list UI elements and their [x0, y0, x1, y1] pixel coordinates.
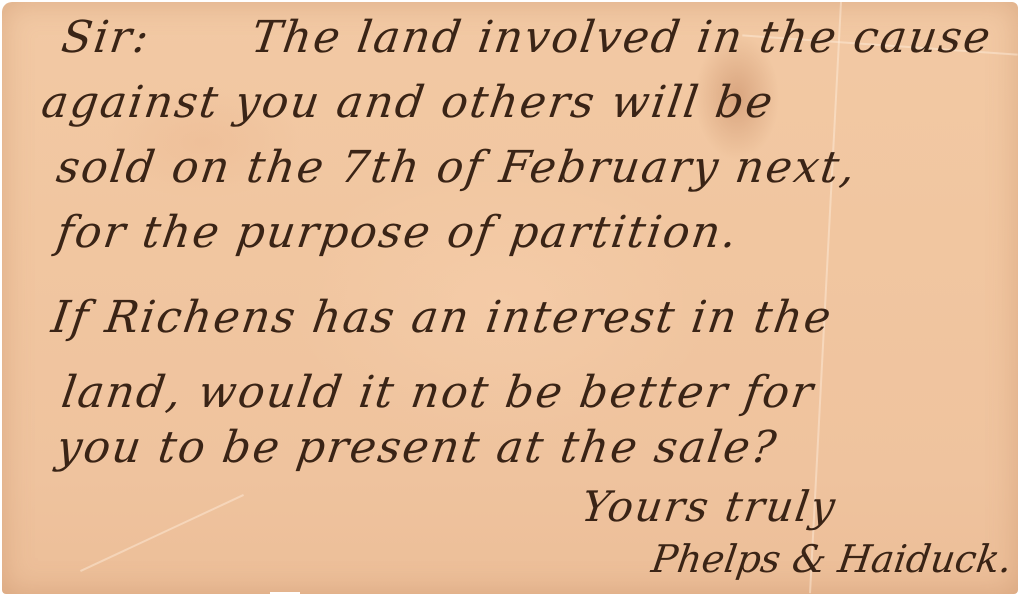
postcard: Sir: The land involved in the cause agai…: [2, 2, 1018, 594]
body-line-7: you to be present at the sale?: [53, 422, 781, 473]
closing: Yours truly: [579, 482, 840, 531]
body-line-3: sold on the 7th of February next,: [53, 142, 860, 193]
body-line-6: land, would it not be better for: [58, 367, 818, 418]
body-line-1: The land involved in the cause: [248, 12, 995, 63]
paper-crease: [80, 494, 244, 572]
body-line-4: for the purpose of partition.: [53, 207, 741, 258]
edge-tear: [270, 592, 300, 600]
salutation: Sir:: [58, 12, 153, 63]
body-line-5: If Richens has an interest in the: [48, 292, 836, 343]
signature: Phelps & Haiduck.: [649, 537, 1015, 581]
body-line-2: against you and others will be: [38, 77, 777, 128]
